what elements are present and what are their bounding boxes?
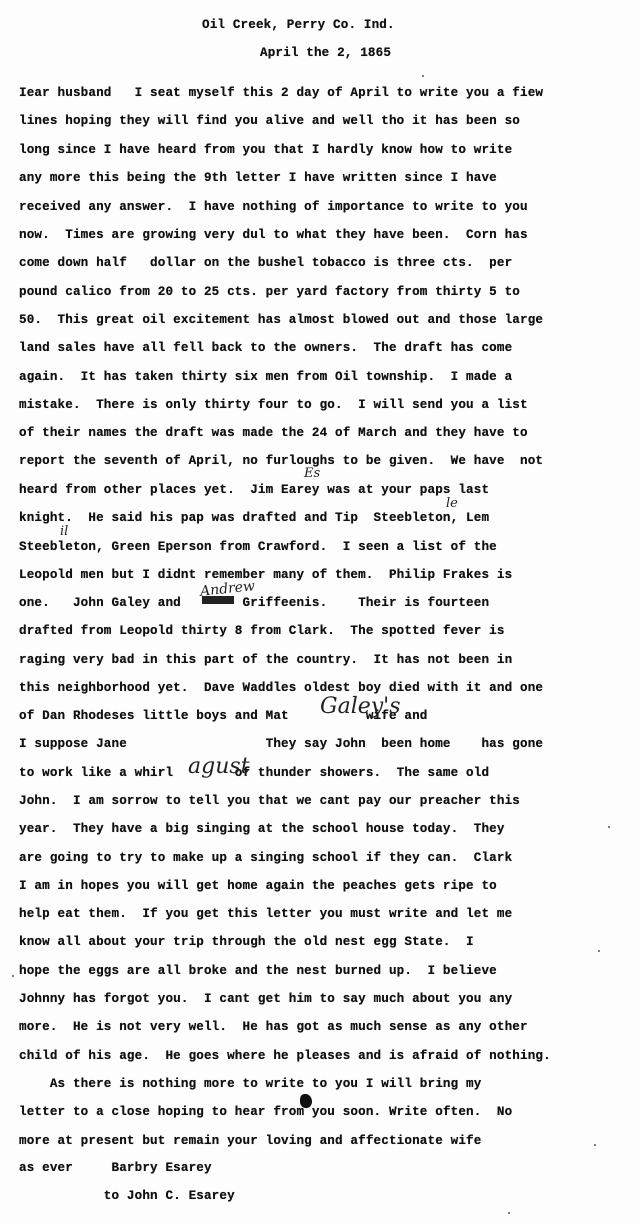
speck (608, 826, 610, 828)
letter-line: letter to a close hoping to hear from yo… (19, 1105, 512, 1119)
handwritten-name-galeys: Galey's (320, 694, 401, 719)
letter-line: to John C. Esarey (19, 1189, 235, 1203)
letter-line: pound calico from 20 to 25 cts. per yard… (19, 285, 520, 299)
letter-line: help eat them. If you get this letter yo… (19, 907, 512, 921)
handwritten-correction-es: Es (304, 466, 320, 481)
letter-line: more. He is not very well. He has got as… (19, 1020, 528, 1034)
letter-line: come down half dollar on the bushel toba… (19, 256, 512, 270)
letter-line: Leopold men but I didnt remember many of… (19, 568, 512, 582)
speck (12, 975, 14, 977)
letter-line: one. John Galey and Griffeenis. Their is… (19, 596, 489, 610)
letter-line: 50. This great oil excitement has almost… (19, 313, 543, 327)
letter-line: lines hoping they will find you alive an… (19, 114, 520, 128)
letter-line: year. They have a big singing at the sch… (19, 822, 505, 836)
speck (598, 950, 600, 952)
letter-line: land sales have all fell back to the own… (19, 341, 512, 355)
letter-line: received any answer. I have nothing of i… (19, 200, 528, 214)
speck (594, 1144, 596, 1146)
letter-line: child of his age. He goes where he pleas… (19, 1049, 551, 1063)
letter-line: of their names the draft was made the 24… (19, 426, 528, 440)
letter-place-heading: Oil Creek, Perry Co. Ind. (202, 18, 395, 32)
letter-line: again. It has taken thirty six men from … (19, 370, 512, 384)
letter-line: I suppose Jane They say John been home h… (19, 737, 543, 751)
handwritten-word-agust: agust (188, 754, 250, 779)
letter-date: April the 2, 1865 (260, 46, 391, 60)
letter-line: long since I have heard from you that I … (19, 143, 512, 157)
letter-line: I am in hopes you will get home again th… (19, 879, 497, 893)
letter-line: report the seventh of April, no furlough… (19, 454, 543, 468)
letter-line: As there is nothing more to write to you… (19, 1077, 481, 1091)
speck (422, 75, 424, 77)
handwritten-correction-le: le (446, 496, 458, 511)
ink-blot (300, 1094, 312, 1108)
letter-line: this neighborhood yet. Dave Waddles olde… (19, 681, 543, 695)
strikeout-mark (202, 596, 234, 604)
letter-line: to work like a whirl of thunder showers.… (19, 766, 489, 780)
letter-line: any more this being the 9th letter I hav… (19, 171, 497, 185)
letter-line: drafted from Leopold thirty 8 from Clark… (19, 624, 505, 638)
letter-line: heard from other places yet. Jim Earey w… (19, 483, 489, 497)
letter-line: Iear husband I seat myself this 2 day of… (19, 86, 543, 100)
speck (508, 1212, 510, 1214)
letter-line: Johnny has forgot you. I cant get him to… (19, 992, 512, 1006)
letter-line: as ever Barbry Esarey (19, 1161, 212, 1175)
letter-line: John. I am sorrow to tell you that we ca… (19, 794, 520, 808)
letter-line: now. Times are growing very dul to what … (19, 228, 528, 242)
letter-line: raging very bad in this part of the coun… (19, 653, 512, 667)
letter-line: mistake. There is only thirty four to go… (19, 398, 528, 412)
letter-page: Oil Creek, Perry Co. Ind. April the 2, 1… (0, 0, 640, 1224)
letter-line: knight. He said his pap was drafted and … (19, 511, 489, 525)
letter-line: hope the eggs are all broke and the nest… (19, 964, 497, 978)
letter-line: Steebleton, Green Eperson from Crawford.… (19, 540, 497, 554)
letter-line: are going to try to make up a singing sc… (19, 851, 512, 865)
handwritten-correction-il: il (60, 524, 68, 539)
letter-line: more at present but remain your loving a… (19, 1134, 481, 1148)
letter-line: know all about your trip through the old… (19, 935, 474, 949)
